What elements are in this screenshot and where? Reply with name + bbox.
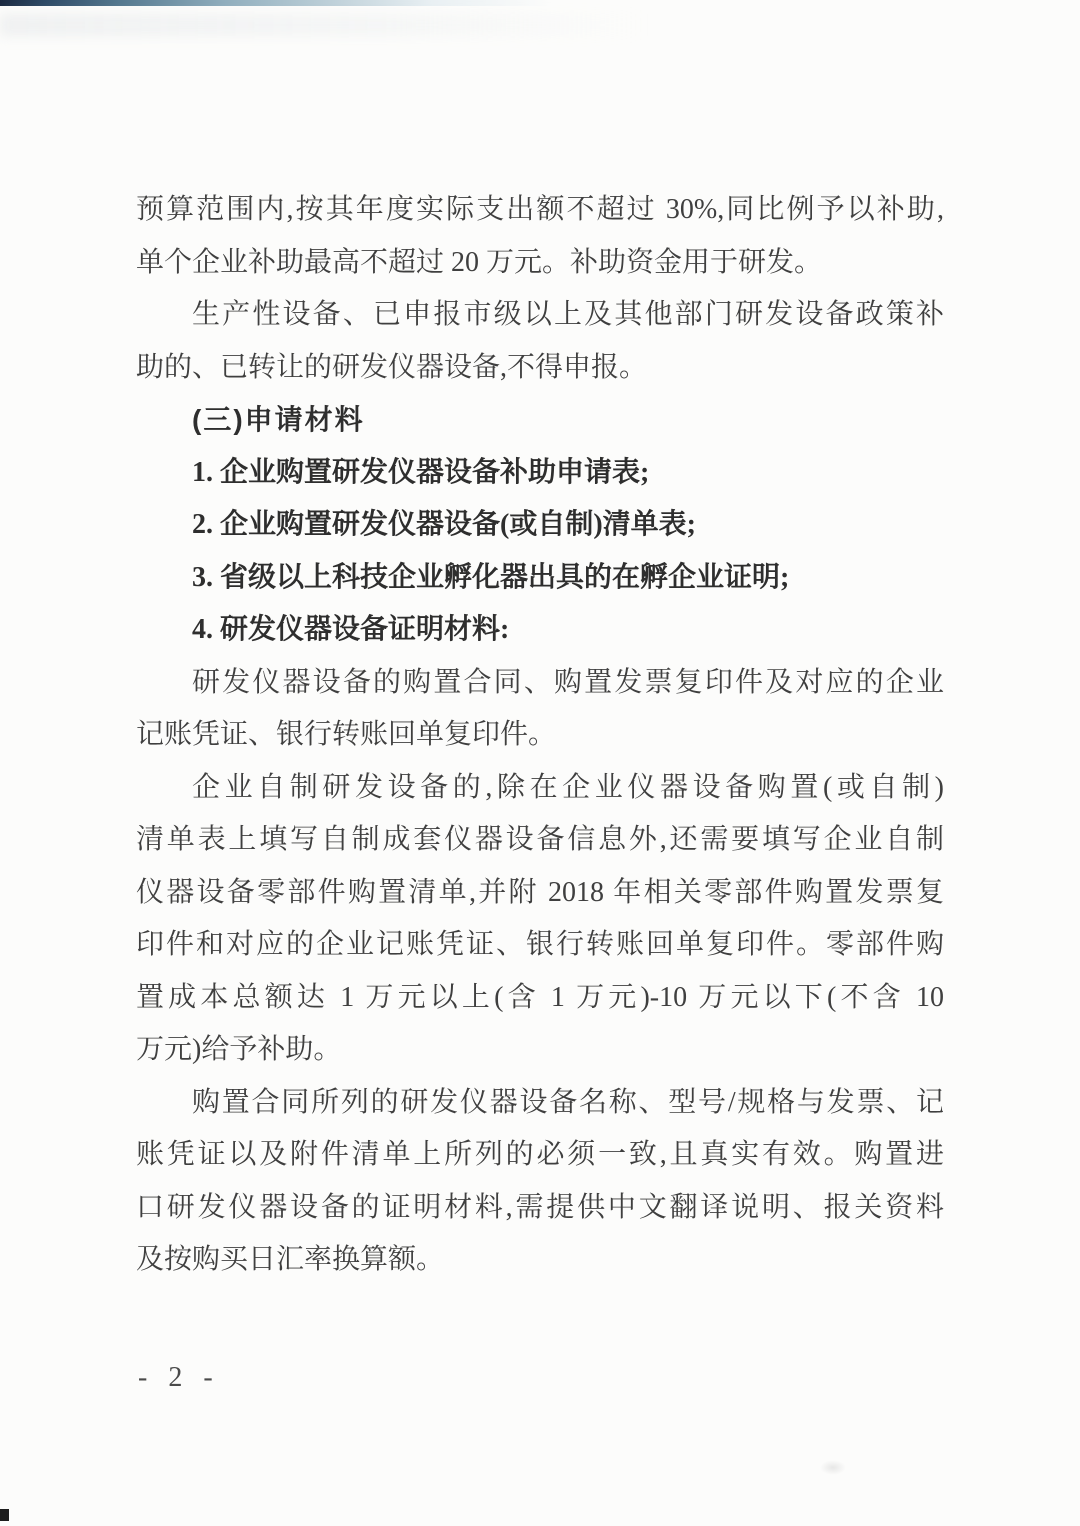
text-line: 企业自制研发设备的,除在企业仪器设备购置(或自制) [136,762,944,815]
scan-artifact-smudge [820,1460,846,1475]
section-heading: (三)申请材料 [136,394,944,447]
text-line: 账凭证以及附件清单上所列的必须一致,且真实有效。购置进 [136,1129,944,1182]
text-line: 单个企业补助最高不超过 20 万元。补助资金用于研发。 [136,237,944,290]
text-line: 印件和对应的企业记账凭证、银行转账回单复印件。零部件购 [136,919,944,972]
list-item: 1. 企业购置研发仪器设备补助申请表; [136,447,944,500]
text-line: 预算范围内,按其年度实际支出额不超过 30%,同比例予以补助, [136,184,944,237]
scan-artifact-haze [0,14,720,36]
text-line: 仪器设备零部件购置清单,并附 2018 年相关零部件购置发票复 [136,867,944,920]
list-item: 4. 研发仪器设备证明材料: [136,604,944,657]
page-number: - 2 - [138,1358,220,1398]
text-line: 及按购买日汇率换算额。 [136,1234,944,1287]
text-line: 购置合同所列的研发仪器设备名称、型号/规格与发票、记 [136,1077,944,1130]
list-item: 3. 省级以上科技企业孵化器出具的在孵企业证明; [136,552,944,605]
text-line: 生产性设备、已申报市级以上及其他部门研发设备政策补 [136,289,944,342]
document-body: 预算范围内,按其年度实际支出额不超过 30%,同比例予以补助, 单个企业补助最高… [136,184,944,1287]
text-line: 研发仪器设备的购置合同、购置发票复印件及对应的企业 [136,657,944,710]
text-line: 助的、已转让的研发仪器设备,不得申报。 [136,342,944,395]
scan-artifact-top-bar [0,0,745,6]
text-line: 记账凭证、银行转账回单复印件。 [136,709,944,762]
text-line: 万元)给予补助。 [136,1024,944,1077]
text-line: 口研发仪器设备的证明材料,需提供中文翻译说明、报关资料 [136,1182,944,1235]
text-line: 清单表上填写自制成套仪器设备信息外,还需要填写企业自制 [136,814,944,867]
scan-artifact-corner-mark [0,1509,9,1521]
text-line: 置成本总额达 1 万元以上(含 1 万元)-10 万元以下(不含 10 [136,972,944,1025]
document-page: 预算范围内,按其年度实际支出额不超过 30%,同比例予以补助, 单个企业补助最高… [0,0,1080,1526]
list-item: 2. 企业购置研发仪器设备(或自制)清单表; [136,499,944,552]
